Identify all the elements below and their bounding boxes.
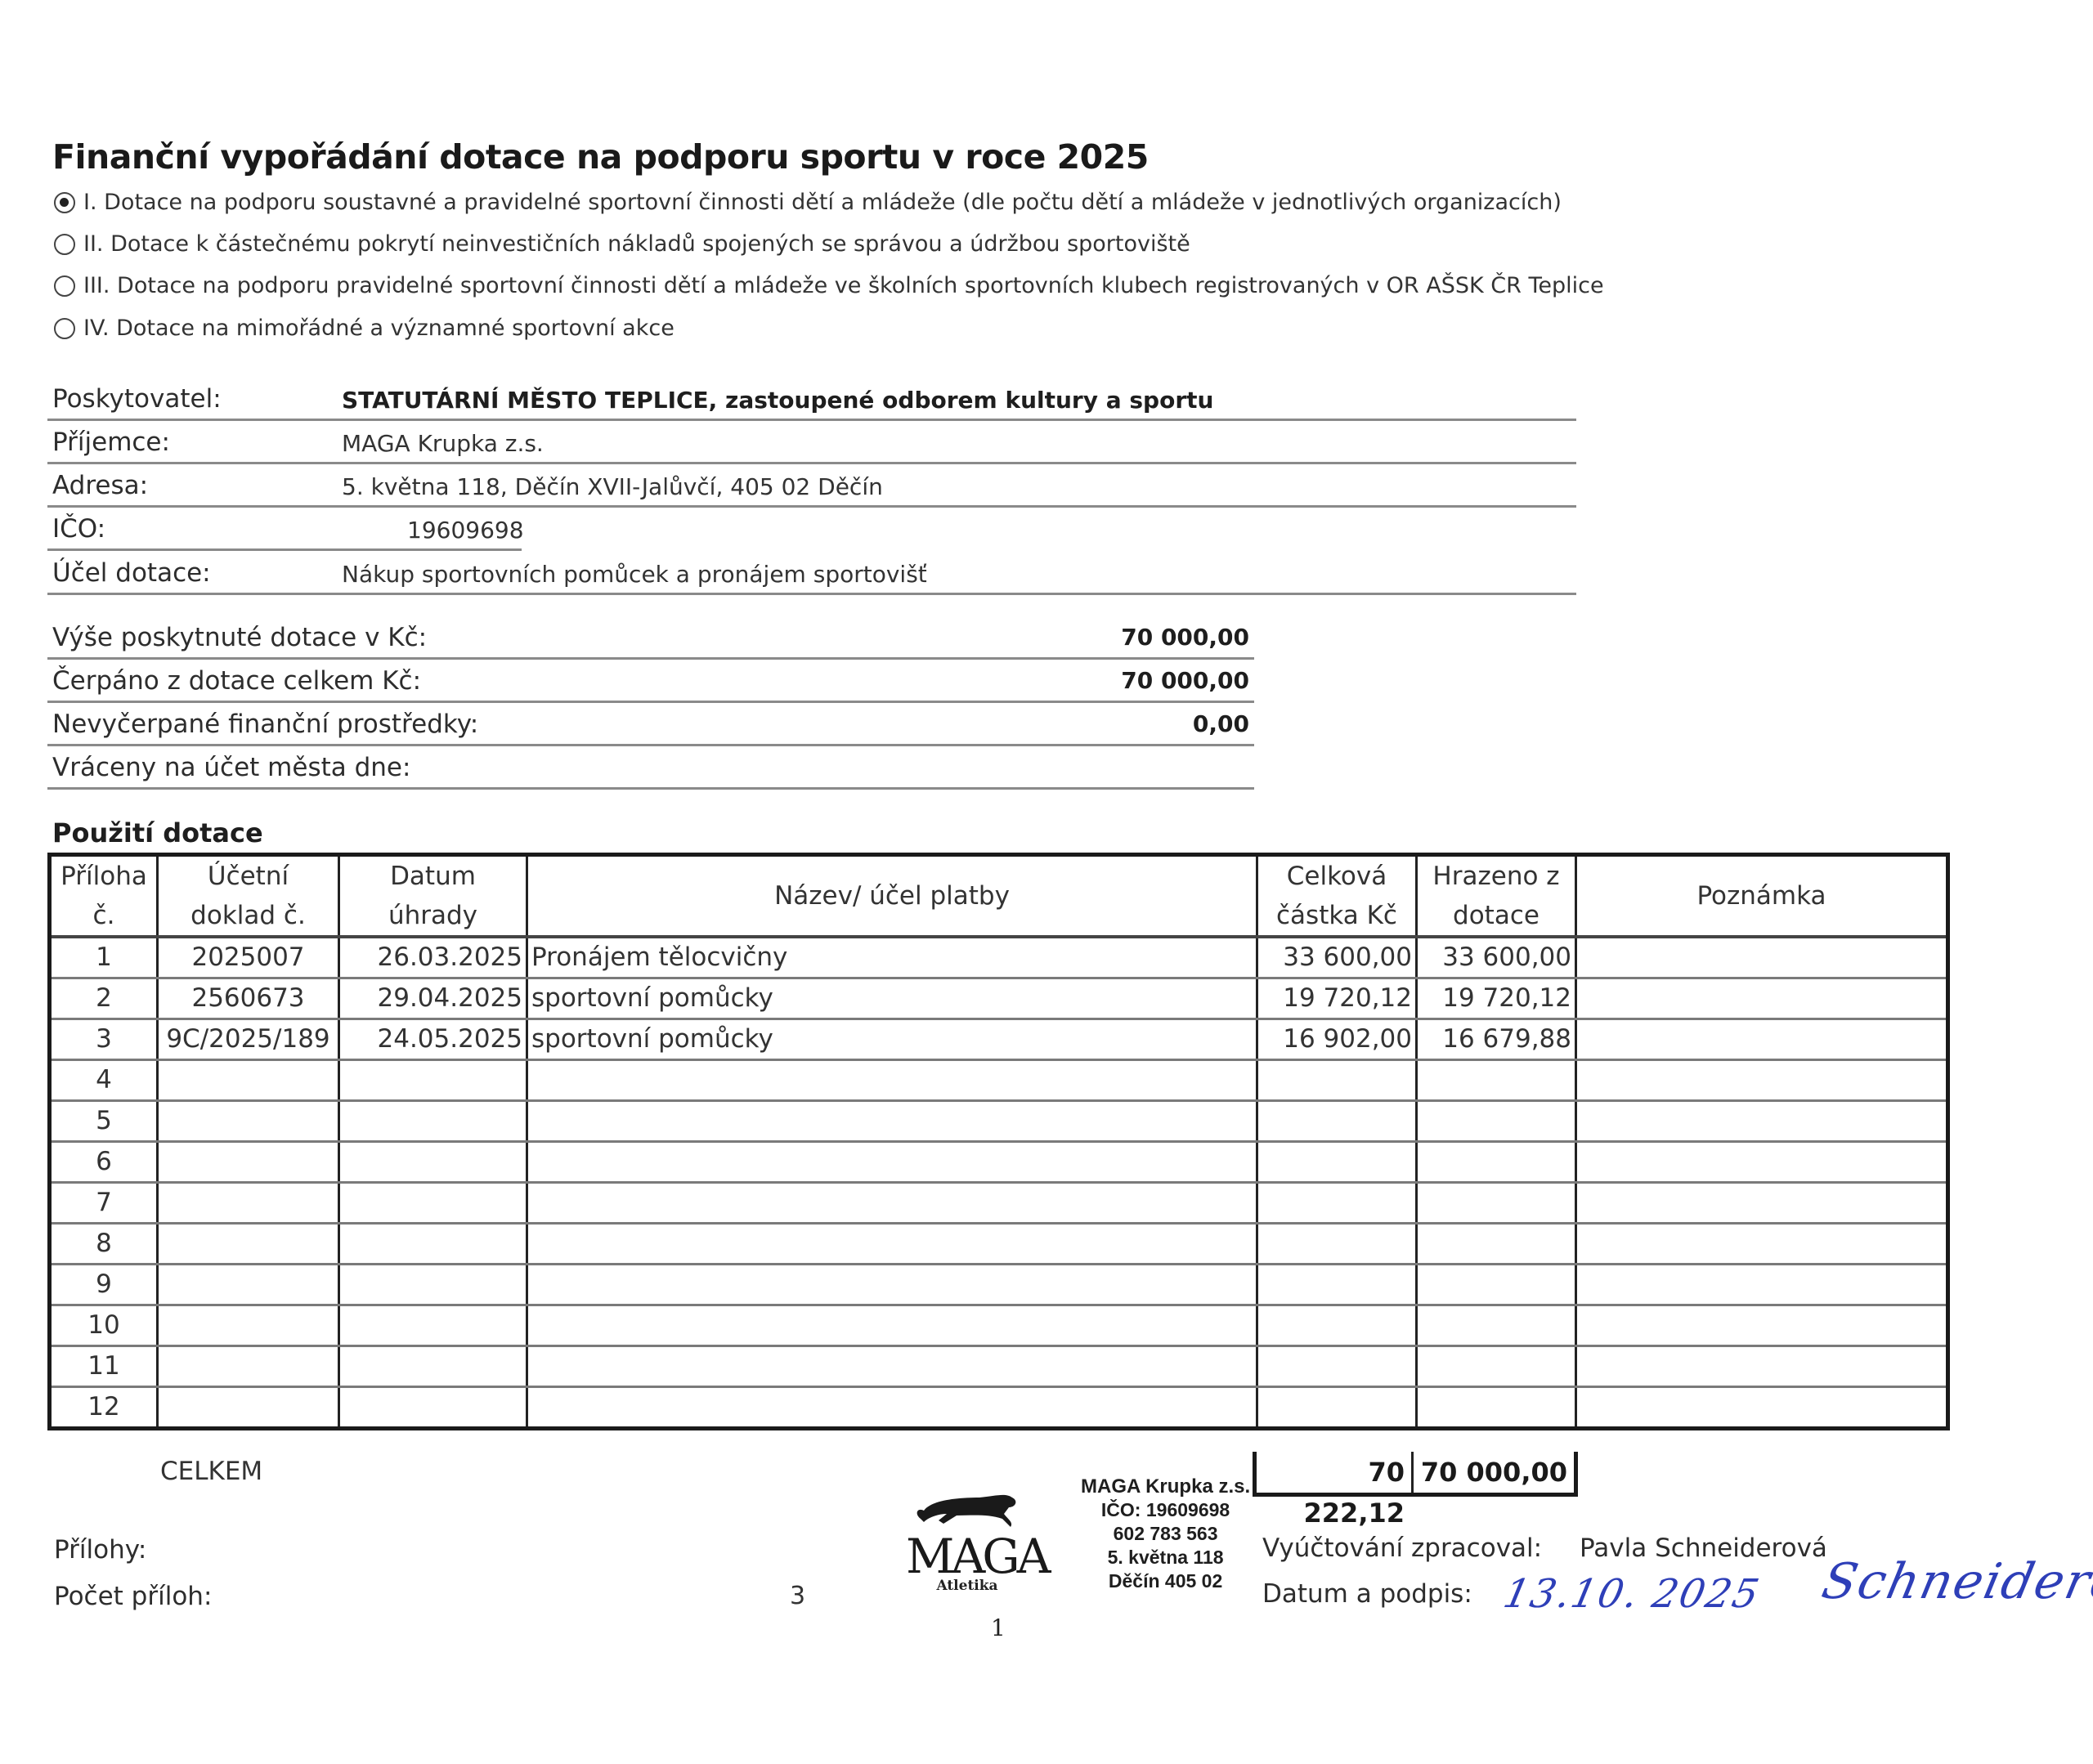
ico-value: 19609698 <box>407 517 524 544</box>
document-title: Finanční vypořádání dotace na podporu sp… <box>52 137 1149 177</box>
radio-unchecked-icon[interactable] <box>54 234 75 255</box>
address-value: 5. května 118, Děčín XVII-Jalůvčí, 405 0… <box>342 473 883 500</box>
table-row: 10 <box>50 1305 1948 1346</box>
total-paid: 70 000,00 <box>1414 1452 1574 1493</box>
cell-note <box>1576 1265 1948 1305</box>
cell-payment-name: Pronájem tělocvičny <box>527 937 1257 978</box>
cell-payment-date: 26.03.2025 <box>339 937 527 978</box>
cell-payment-name <box>527 1183 1257 1224</box>
cell-document-no <box>158 1183 339 1224</box>
processed-by-value: Pavla Schneiderová <box>1580 1533 1827 1563</box>
panther-icon <box>906 1486 1029 1535</box>
recipient-row: Příjemce: MAGA Krupka z.s. <box>47 421 1576 464</box>
total-amount: 70 222,12 <box>1257 1452 1414 1493</box>
total-label: CELKEM <box>160 1457 262 1486</box>
header-paid-from-grant: Hrazeno zdotace <box>1417 855 1576 938</box>
cell-paid-from-grant: 16 679,88 <box>1417 1019 1576 1060</box>
table-row: 4 <box>50 1060 1948 1101</box>
stamp-phone: 602 783 563 <box>1081 1522 1250 1546</box>
cell-payment-date <box>339 1101 527 1142</box>
cell-paid-from-grant <box>1417 1224 1576 1265</box>
usage-table: Přílohač. Účetnídoklad č. Datumúhrady Ná… <box>47 853 1950 1430</box>
table-header-row: Přílohač. Účetnídoklad č. Datumúhrady Ná… <box>50 855 1948 938</box>
cell-note <box>1576 937 1948 978</box>
cell-attachment-no: 8 <box>50 1224 158 1265</box>
stamp-street: 5. května 118 <box>1081 1546 1250 1569</box>
usage-section-title: Použití dotace <box>52 817 263 848</box>
granted-row: Výše poskytnuté dotace v Kč: 70 000,00 <box>47 616 1254 660</box>
granted-label: Výše poskytnuté dotace v Kč: <box>52 623 427 652</box>
cell-paid-from-grant <box>1417 1346 1576 1387</box>
cell-paid-from-grant <box>1417 1387 1576 1429</box>
cell-total-amount <box>1257 1060 1417 1101</box>
cell-payment-name <box>527 1224 1257 1265</box>
cell-total-amount <box>1257 1142 1417 1183</box>
cell-total-amount <box>1257 1183 1417 1224</box>
purpose-label: Účel dotace: <box>52 558 211 588</box>
cell-attachment-no: 2 <box>50 978 158 1019</box>
cell-note <box>1576 1183 1948 1224</box>
cell-note <box>1576 1305 1948 1346</box>
date-sign-label: Datum a podpis: <box>1262 1579 1472 1609</box>
table-row: 5 <box>50 1101 1948 1142</box>
logo-subtext: Atletika <box>906 1578 1029 1594</box>
provider-label: Poskytovatel: <box>52 384 222 414</box>
option-label: IV. Dotace na mimořádné a významné sport… <box>83 316 675 341</box>
cell-note <box>1576 1019 1948 1060</box>
cell-note <box>1576 1142 1948 1183</box>
option-label: III. Dotace na podporu pravidelné sporto… <box>83 273 1604 298</box>
option-2[interactable]: II. Dotace k částečnému pokrytí neinvest… <box>54 231 1190 257</box>
returned-row: Vráceny na účet města dne: <box>47 746 1254 790</box>
header-note: Poznámka <box>1576 855 1948 938</box>
unused-label: Nevyčerpané finanční prostředky: <box>52 710 478 739</box>
cell-payment-name: sportovní pomůcky <box>527 978 1257 1019</box>
used-row: Čerpáno z dotace celkem Kč: 70 000,00 <box>47 660 1254 703</box>
table-row: 8 <box>50 1224 1948 1265</box>
processed-by-label: Vyúčtování zpracoval: <box>1262 1533 1542 1563</box>
cell-paid-from-grant <box>1417 1265 1576 1305</box>
provider-value: STATUTÁRNÍ MĚSTO TEPLICE, zastoupené odb… <box>342 387 1213 414</box>
cell-paid-from-grant <box>1417 1060 1576 1101</box>
cell-total-amount: 19 720,12 <box>1257 978 1417 1019</box>
radio-unchecked-icon[interactable] <box>54 275 75 297</box>
stamp-ico: IČO: 19609698 <box>1081 1498 1250 1522</box>
cell-attachment-no: 5 <box>50 1101 158 1142</box>
cell-payment-name <box>527 1305 1257 1346</box>
handwritten-signature: Schneiderová <box>1817 1553 2093 1610</box>
recipient-label: Příjemce: <box>52 428 170 457</box>
totals-box: 70 222,12 70 000,00 <box>1253 1452 1578 1497</box>
table-row: 7 <box>50 1183 1948 1224</box>
option-3[interactable]: III. Dotace na podporu pravidelné sporto… <box>54 273 1604 298</box>
option-1[interactable]: I. Dotace na podporu soustavné a pravide… <box>54 190 1562 215</box>
cell-attachment-no: 6 <box>50 1142 158 1183</box>
attachments-label: Přílohy: <box>54 1535 146 1565</box>
cell-payment-name: sportovní pomůcky <box>527 1019 1257 1060</box>
cell-document-no <box>158 1060 339 1101</box>
cell-document-no: 2025007 <box>158 937 339 978</box>
stamp-name: MAGA Krupka z.s. <box>1081 1475 1250 1498</box>
provider-row: Poskytovatel: STATUTÁRNÍ MĚSTO TEPLICE, … <box>47 378 1576 421</box>
table-row: 1202500726.03.2025Pronájem tělocvičny33 … <box>50 937 1948 978</box>
cell-attachment-no: 10 <box>50 1305 158 1346</box>
cell-document-no <box>158 1387 339 1429</box>
radio-checked-icon[interactable] <box>54 192 75 213</box>
cell-payment-date <box>339 1387 527 1429</box>
header-attachment-no: Přílohač. <box>50 855 158 938</box>
option-4[interactable]: IV. Dotace na mimořádné a významné sport… <box>54 316 675 341</box>
purpose-value: Nákup sportovních pomůcek a pronájem spo… <box>342 561 927 588</box>
cell-document-no: 9C/2025/189 <box>158 1019 339 1060</box>
cell-attachment-no: 11 <box>50 1346 158 1387</box>
ico-row: IČO: 19609698 <box>47 508 522 551</box>
handwritten-date: 13.10. 2025 <box>1499 1571 1764 1617</box>
cell-payment-date <box>339 1346 527 1387</box>
used-value: 70 000,00 <box>1121 667 1249 694</box>
header-total-amount: Celkováčástka Kč <box>1257 855 1417 938</box>
cell-total-amount <box>1257 1101 1417 1142</box>
cell-document-no <box>158 1265 339 1305</box>
cell-paid-from-grant <box>1417 1101 1576 1142</box>
cell-document-no <box>158 1346 339 1387</box>
cell-paid-from-grant <box>1417 1142 1576 1183</box>
maga-logo: MAGA Atletika <box>906 1486 1029 1592</box>
cell-payment-name <box>527 1142 1257 1183</box>
cell-payment-date <box>339 1224 527 1265</box>
cell-paid-from-grant: 33 600,00 <box>1417 937 1576 978</box>
header-payment-name: Název/ účel platby <box>527 855 1257 938</box>
cell-total-amount <box>1257 1346 1417 1387</box>
table-row: 2256067329.04.2025sportovní pomůcky19 72… <box>50 978 1948 1019</box>
cell-note <box>1576 1224 1948 1265</box>
address-row: Adresa: 5. května 118, Děčín XVII-Jalůvč… <box>47 464 1576 508</box>
table-row: 39C/2025/18924.05.2025sportovní pomůcky1… <box>50 1019 1948 1060</box>
cell-paid-from-grant <box>1417 1183 1576 1224</box>
cell-document-no <box>158 1305 339 1346</box>
radio-unchecked-icon[interactable] <box>54 318 75 339</box>
cell-note <box>1576 978 1948 1019</box>
cell-payment-name <box>527 1387 1257 1429</box>
option-label: II. Dotace k částečnému pokrytí neinvest… <box>83 231 1190 257</box>
table-row: 11 <box>50 1346 1948 1387</box>
cell-payment-date <box>339 1142 527 1183</box>
cell-paid-from-grant: 19 720,12 <box>1417 978 1576 1019</box>
cell-payment-name <box>527 1346 1257 1387</box>
cell-payment-date: 24.05.2025 <box>339 1019 527 1060</box>
cell-payment-date <box>339 1183 527 1224</box>
cell-note <box>1576 1101 1948 1142</box>
cell-total-amount <box>1257 1305 1417 1346</box>
cell-note <box>1576 1387 1948 1429</box>
cell-attachment-no: 12 <box>50 1387 158 1429</box>
cell-attachment-no: 3 <box>50 1019 158 1060</box>
header-payment-date: Datumúhrady <box>339 855 527 938</box>
cell-document-no <box>158 1142 339 1183</box>
cell-attachment-no: 7 <box>50 1183 158 1224</box>
page-number: 1 <box>991 1614 1006 1641</box>
cell-note <box>1576 1346 1948 1387</box>
cell-payment-date <box>339 1265 527 1305</box>
logo-text: MAGA <box>906 1529 1029 1584</box>
cell-total-amount: 33 600,00 <box>1257 937 1417 978</box>
cell-payment-name <box>527 1101 1257 1142</box>
cell-payment-date <box>339 1305 527 1346</box>
cell-payment-name <box>527 1060 1257 1101</box>
cell-total-amount <box>1257 1387 1417 1429</box>
cell-payment-date <box>339 1060 527 1101</box>
cell-total-amount <box>1257 1265 1417 1305</box>
ico-label: IČO: <box>52 514 105 544</box>
cell-attachment-no: 4 <box>50 1060 158 1101</box>
cell-total-amount <box>1257 1224 1417 1265</box>
table-row: 6 <box>50 1142 1948 1183</box>
attachment-count-label: Počet příloh: <box>54 1582 212 1611</box>
granted-value: 70 000,00 <box>1121 624 1249 651</box>
attachment-count-value: 3 <box>790 1582 805 1610</box>
option-label: I. Dotace na podporu soustavné a pravide… <box>83 190 1562 215</box>
stamp-city: Děčín 405 02 <box>1081 1569 1250 1593</box>
table-row: 9 <box>50 1265 1948 1305</box>
recipient-value: MAGA Krupka z.s. <box>342 430 544 457</box>
cell-payment-name <box>527 1265 1257 1305</box>
purpose-row: Účel dotace: Nákup sportovních pomůcek a… <box>47 552 1576 595</box>
address-label: Adresa: <box>52 471 148 500</box>
header-document-no: Účetnídoklad č. <box>158 855 339 938</box>
cell-document-no: 2560673 <box>158 978 339 1019</box>
cell-attachment-no: 9 <box>50 1265 158 1305</box>
returned-label: Vráceny na účet města dne: <box>52 753 410 782</box>
cell-note <box>1576 1060 1948 1101</box>
cell-attachment-no: 1 <box>50 937 158 978</box>
cell-total-amount: 16 902,00 <box>1257 1019 1417 1060</box>
unused-value: 0,00 <box>1193 710 1249 737</box>
table-row: 12 <box>50 1387 1948 1429</box>
cell-payment-date: 29.04.2025 <box>339 978 527 1019</box>
unused-row: Nevyčerpané finanční prostředky: 0,00 <box>47 703 1254 746</box>
cell-document-no <box>158 1224 339 1265</box>
cell-document-no <box>158 1101 339 1142</box>
used-label: Čerpáno z dotace celkem Kč: <box>52 666 421 696</box>
cell-paid-from-grant <box>1417 1305 1576 1346</box>
organization-stamp: MAGA Krupka z.s. IČO: 19609698 602 783 5… <box>1081 1475 1250 1593</box>
